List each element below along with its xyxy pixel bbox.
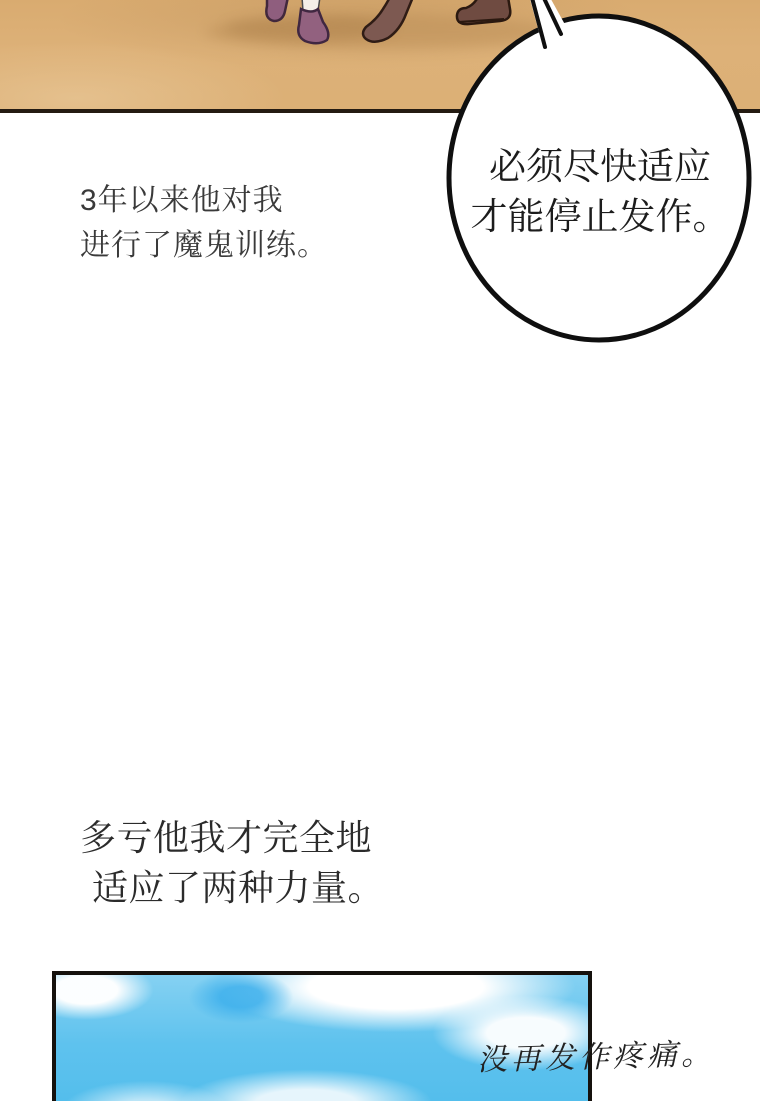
bubble-line-2: 才能停止发作。 xyxy=(454,192,746,242)
panel-sky xyxy=(52,971,592,1101)
comic-page: 必须尽快适应 才能停止发作。 3年以来他对我 进行了魔鬼训练。 多亏他我才完全地… xyxy=(0,0,760,1101)
speech-bubble-text: 必须尽快适应 才能停止发作。 xyxy=(454,142,746,242)
handwritten-note: 没再发作疼痛。 xyxy=(477,1035,716,1081)
narration-block-2: 多亏他我才完全地 适应了两种力量。 xyxy=(80,813,384,913)
narration-2-line-2: 适应了两种力量。 xyxy=(80,863,384,913)
narration-2-line-1: 多亏他我才完全地 xyxy=(80,813,384,863)
bubble-line-1: 必须尽快适应 xyxy=(454,142,746,192)
